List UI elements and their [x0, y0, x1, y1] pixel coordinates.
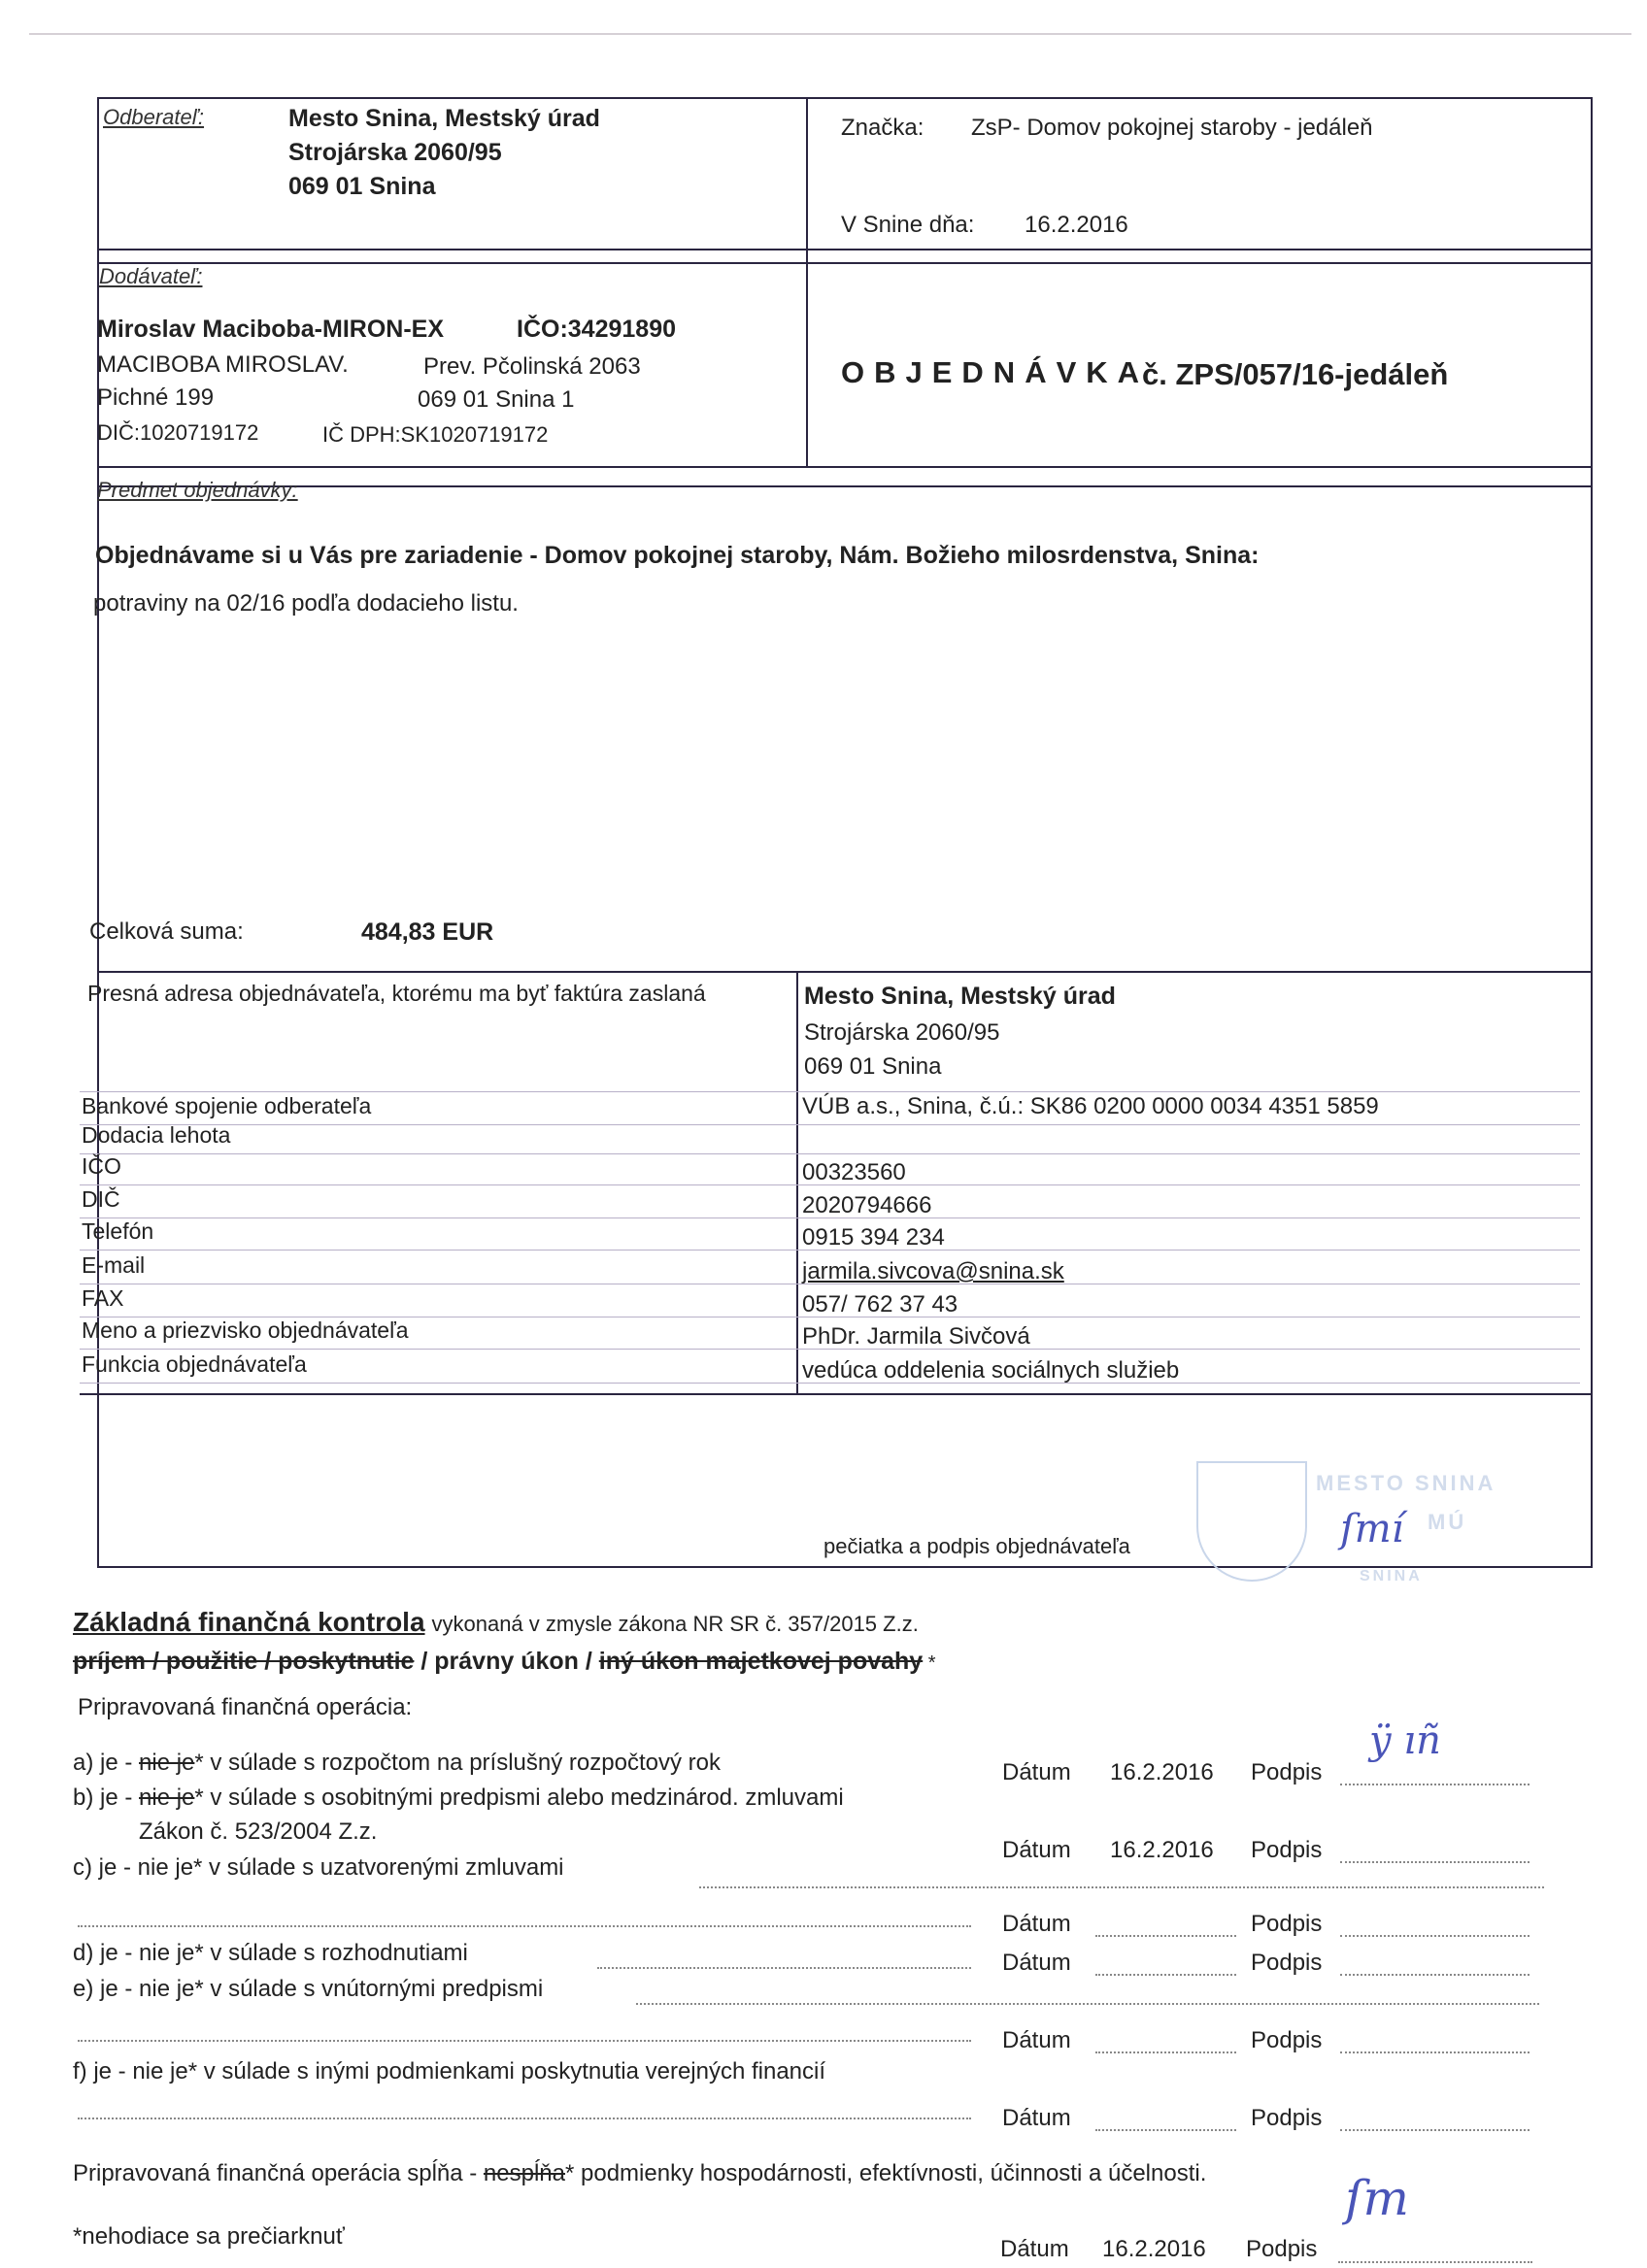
billing-row-label: FAX: [82, 1285, 123, 1312]
podpis-label: Podpis: [1251, 1911, 1322, 1938]
control-item-text: Zákon č. 523/2004 Z.z.: [139, 1818, 377, 1845]
datum-fill-line[interactable]: [1095, 2051, 1236, 2053]
subject-label: Predmet objednávky:: [97, 478, 298, 503]
control-item-prefix: b) je -: [73, 1784, 139, 1811]
podpis-fill-line[interactable]: [1340, 1783, 1529, 1785]
odberatel-line-3: 069 01 Snina: [288, 173, 435, 201]
billing-row-value: vedúca oddelenia sociálnych služieb: [802, 1357, 1179, 1384]
row-divider: [80, 1217, 1580, 1218]
fill-in-line[interactable]: [78, 2039, 971, 2042]
total-value: 484,83 EUR: [361, 918, 493, 947]
datum-label: Dátum: [1002, 1759, 1071, 1786]
billing-address-line-2: Strojárska 2060/95: [804, 1019, 999, 1047]
billing-row-label: Bankové spojenie odberateľa: [82, 1093, 371, 1119]
znacka-value: ZsP- Domov pokojnej staroby - jedáleň: [971, 115, 1373, 142]
order-number: č. ZPS/057/16-jedáleň: [1142, 357, 1448, 392]
types-mid: / právny úkon /: [414, 1648, 598, 1675]
supplier-ico: IČO:34291890: [517, 316, 676, 344]
podpis-fill-line[interactable]: [1340, 1934, 1529, 1937]
billing-row-label: Telefón: [82, 1218, 153, 1245]
signature-final: ſm: [1345, 2170, 1409, 2226]
row-divider: [80, 1349, 1580, 1350]
datum-label: Dátum: [1002, 1837, 1071, 1864]
divider: [97, 485, 1593, 487]
control-item: d) je - nie je* v súlade s rozhodnutiami: [73, 1940, 468, 1967]
datum-label: Dátum: [1002, 2105, 1071, 2132]
control-item-text: * v súlade s osobitnými predpismi alebo …: [194, 1784, 843, 1811]
types-star: *: [923, 1652, 935, 1674]
odberatel-line-1: Mesto Snina, Mestský úrad: [288, 105, 600, 133]
datum-fill-line[interactable]: [1095, 2128, 1236, 2131]
control-item-text: * v súlade s uzatvorenými zmluvami: [193, 1854, 563, 1881]
billing-row-value: 0915 394 234: [802, 1224, 945, 1251]
fill-in-line[interactable]: [78, 2117, 971, 2119]
divider: [80, 1393, 1593, 1395]
billing-row-label: Funkcia objednávateľa: [82, 1351, 307, 1378]
control-item: e) je - nie je* v súlade s vnútornými pr…: [73, 1976, 543, 2003]
billing-row-label: E-mail: [82, 1252, 145, 1279]
stamp-text-2: MÚ: [1428, 1510, 1466, 1535]
control-types-line: príjem / použitie / poskytnutie / právny…: [73, 1648, 936, 1676]
billing-row-value: VÚB a.s., Snina, č.ú.: SK86 0200 0000 00…: [802, 1093, 1379, 1120]
final-rest: * podmienky hospodárnosti, efektívnosti,…: [565, 2160, 1206, 2186]
dodavatel-label: Dodávateľ:: [99, 264, 202, 289]
fill-in-line[interactable]: [699, 1885, 1544, 1888]
stamp-text-3: SNINA: [1360, 1568, 1423, 1585]
date-value: 16.2.2016: [1025, 212, 1128, 239]
control-item-text: * v súlade s inými podmienkami poskytnut…: [188, 2058, 825, 2085]
control-item-prefix: a) je -: [73, 1750, 139, 1776]
supplier-name: Miroslav Maciboba-MIRON-EX: [97, 316, 444, 344]
datum-label: Dátum: [1002, 1950, 1071, 1977]
control-item: c) je - nie je* v súlade s uzatvorenými …: [73, 1854, 564, 1882]
control-heading-line: Základná finančná kontrola vykonaná v zm…: [73, 1607, 919, 1638]
types-struck-1: príjem / použitie / poskytnutie: [73, 1648, 414, 1675]
scan-edge-line: [29, 33, 1631, 35]
podpis-label: Podpis: [1251, 1759, 1322, 1786]
billing-address-line-3: 069 01 Snina: [804, 1053, 941, 1081]
billing-row-label: Dodacia lehota: [82, 1122, 230, 1149]
divider: [97, 262, 1593, 264]
final-datum-label: Dátum: [1000, 2236, 1069, 2263]
billing-address-label: Presná adresa objednávateľa, ktorému ma …: [87, 981, 706, 1007]
podpis-label: Podpis: [1251, 1837, 1322, 1864]
divider: [97, 971, 1593, 973]
header-divider: [806, 97, 808, 262]
billing-row-value: 057/ 762 37 43: [802, 1291, 958, 1318]
row-divider: [80, 1383, 1580, 1384]
date-label: V Snine dňa:: [841, 212, 974, 239]
supplier-ic-dph: IČ DPH:SK1020719172: [322, 422, 548, 448]
row-divider: [80, 1284, 1580, 1284]
datum-value: 16.2.2016: [1110, 1837, 1214, 1864]
subject-detail-text: potraviny na 02/16 podľa dodacieho listu…: [93, 590, 519, 617]
total-label: Celková suma:: [89, 918, 244, 946]
supplier-line3-right: 069 01 Snina 1: [418, 386, 574, 414]
row-divider: [80, 1091, 1580, 1092]
fill-in-line[interactable]: [78, 1924, 971, 1927]
datum-label: Dátum: [1002, 1911, 1071, 1938]
row-divider: [80, 1124, 1580, 1125]
control-item-struck: nie je: [139, 1750, 194, 1776]
final-date-value: 16.2.2016: [1102, 2236, 1206, 2263]
podpis-fill-line[interactable]: [1340, 2128, 1529, 2131]
datum-fill-line[interactable]: [1095, 1973, 1236, 1976]
signature-a: ÿ ıñ: [1369, 1718, 1441, 1763]
billing-row-value: 2020794666: [802, 1192, 931, 1219]
final-signature-line: [1338, 2260, 1532, 2263]
control-item-text: * v súlade s rozhodnutiami: [194, 1940, 467, 1966]
podpis-label: Podpis: [1251, 2027, 1322, 2054]
billing-address-line-1: Mesto Snina, Mestský úrad: [804, 983, 1116, 1011]
signature-stamp: ſmí: [1340, 1507, 1404, 1551]
supplier-dic: DIČ:1020719172: [97, 420, 258, 446]
control-intro: Pripravovaná finančná operácia:: [78, 1694, 412, 1721]
control-item: b) je - nie je* v súlade s osobitnými pr…: [73, 1784, 844, 1812]
control-item-prefix: e) je - nie je: [73, 1976, 194, 2002]
podpis-fill-line[interactable]: [1340, 1973, 1529, 1976]
row-divider: [80, 1250, 1580, 1251]
control-item-text: * v súlade s vnútornými predpismi: [194, 1976, 543, 2002]
billing-row-value: PhDr. Jarmila Sivčová: [802, 1323, 1030, 1351]
supplier-line3-left: Pichné 199: [97, 384, 214, 412]
final-statement: Pripravovaná finančná operácia spĺňa - n…: [73, 2160, 1206, 2187]
control-item-struck: nie je: [139, 1784, 194, 1811]
datum-fill-line[interactable]: [1095, 1934, 1236, 1937]
supplier-divider: [806, 262, 808, 466]
podpis-label: Podpis: [1251, 1950, 1322, 1977]
billing-row-label: Meno a priezvisko objednávateľa: [82, 1317, 409, 1344]
control-item: f) je - nie je* v súlade s inými podmien…: [73, 2058, 825, 2085]
control-heading-rest: vykonaná v zmysle zákona NR SR č. 357/20…: [431, 1612, 918, 1636]
billing-row-value: 00323560: [802, 1159, 906, 1186]
supplier-line2-right: Prev. Pčolinská 2063: [423, 353, 641, 381]
divider: [97, 466, 1593, 468]
znacka-label: Značka:: [841, 115, 924, 142]
fill-in-line[interactable]: [597, 1966, 971, 1969]
control-heading: Základná finančná kontrola: [73, 1607, 425, 1637]
control-item: Zákon č. 523/2004 Z.z.: [139, 1818, 377, 1846]
control-item-prefix: d) je - nie je: [73, 1940, 194, 1966]
final-prefix: Pripravovaná finančná operácia spĺňa -: [73, 2160, 484, 2186]
final-struck: nespĺňa: [484, 2160, 565, 2186]
control-item: a) je - nie je* v súlade s rozpočtom na …: [73, 1750, 721, 1777]
stamp-shield-icon: [1196, 1461, 1307, 1582]
row-divider: [80, 1184, 1580, 1185]
final-podpis-label: Podpis: [1246, 2236, 1317, 2263]
fill-in-line[interactable]: [636, 2002, 1539, 2005]
types-struck-2: iný úkon majetkovej povahy: [599, 1648, 923, 1675]
control-item-text: * v súlade s rozpočtom na príslušný rozp…: [194, 1750, 721, 1776]
podpis-label: Podpis: [1251, 2105, 1322, 2132]
odberatel-label: Odberateľ:: [103, 105, 204, 130]
control-item-prefix: c) je - nie je: [73, 1854, 193, 1881]
stamp-label: pečiatka a podpis objednávateľa: [823, 1534, 1130, 1559]
odberatel-line-2: Strojárska 2060/95: [288, 139, 502, 167]
podpis-fill-line[interactable]: [1340, 1860, 1529, 1863]
supplier-line2-left: MACIBOBA MIROSLAV.: [97, 351, 349, 379]
billing-row-label: IČO: [82, 1153, 121, 1180]
subject-main-text: Objednávame si u Vás pre zariadenie - Do…: [95, 542, 1259, 570]
stamp-text-1: MESTO SNINA: [1316, 1471, 1496, 1496]
podpis-fill-line[interactable]: [1340, 2051, 1529, 2053]
datum-label: Dátum: [1002, 2027, 1071, 2054]
divider: [97, 249, 1593, 250]
order-title: OBJEDNÁVKA: [841, 355, 1149, 390]
footnote: *nehodiace sa prečiarknuť: [73, 2223, 345, 2251]
datum-value: 16.2.2016: [1110, 1759, 1214, 1786]
row-divider: [80, 1153, 1580, 1154]
billing-divider: [796, 971, 798, 1393]
billing-row-value[interactable]: jarmila.sivcova@snina.sk: [802, 1258, 1064, 1285]
billing-row-label: DIČ: [82, 1186, 120, 1213]
control-item-prefix: f) je - nie je: [73, 2058, 188, 2085]
